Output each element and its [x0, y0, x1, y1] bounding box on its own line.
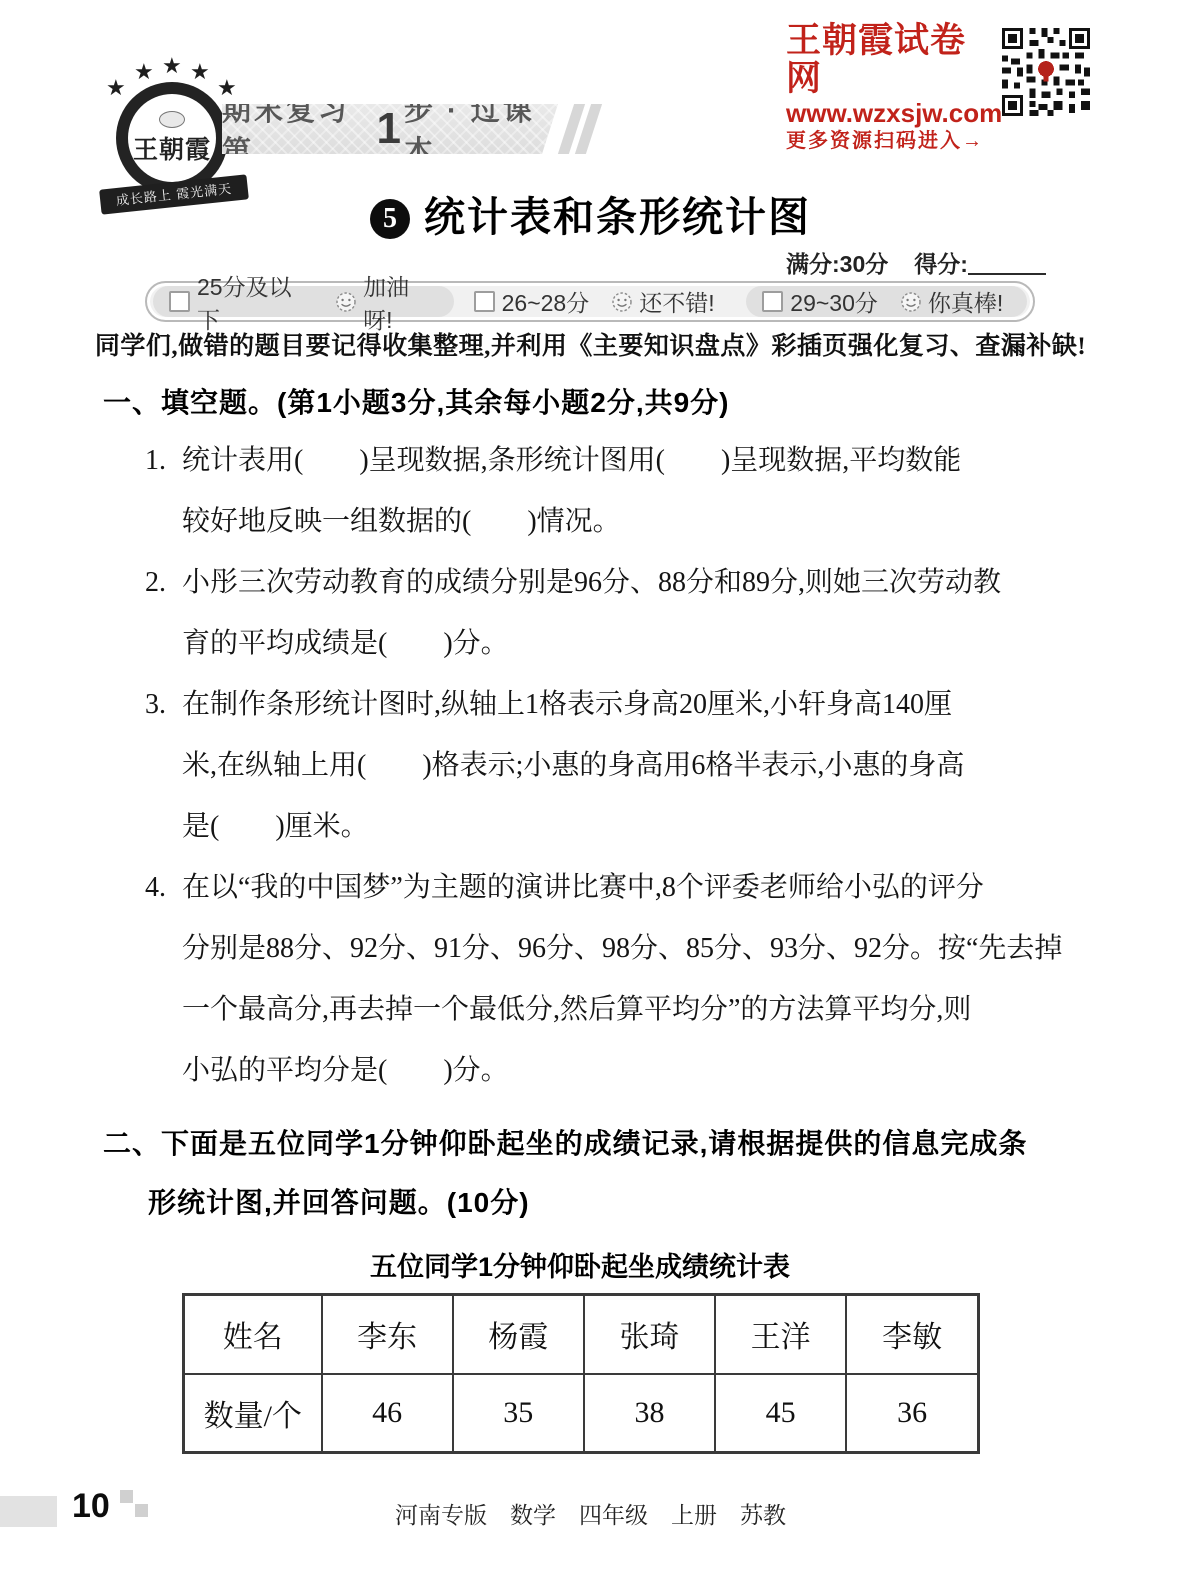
score-band-high: 29~30分 你真棒! — [746, 286, 1027, 317]
table-data-row: 数量/个 46 35 38 45 36 — [184, 1374, 979, 1453]
step-banner-text: 步 · 过课本 — [404, 88, 558, 170]
question-number: 4. — [145, 857, 166, 918]
site-name: 王朝霞试卷网 — [786, 22, 1001, 98]
checkbox[interactable] — [762, 291, 783, 312]
score-band-low: 25分及以下 加油呀! — [153, 286, 454, 317]
got-score-label: 得分: — [914, 251, 968, 277]
question-text: 小弘的平均分是( )分。 — [182, 1055, 509, 1086]
table-cell: 杨霞 — [453, 1295, 584, 1374]
table-header-row: 姓名 李东 杨霞 张琦 王洋 李敏 — [184, 1295, 979, 1374]
question-number: 3. — [145, 674, 166, 735]
table-cell: 数量/个 — [184, 1374, 322, 1453]
question-line: 一个最高分,再去掉一个最低分,然后算平均分”的方法算平均分,则 — [145, 979, 1090, 1040]
notice-text: 同学们,做错的题目要记得收集整理,并利用 — [95, 333, 568, 360]
question-number: 1. — [145, 430, 166, 491]
question-line: 3.在制作条形统计图时,纵轴上1格表示身高20厘米,小轩身高140厘 — [145, 674, 1090, 735]
question-text: 在以“我的中国梦”为主题的演讲比赛中,8个评委老师给小弘的评分 — [182, 872, 984, 903]
page-title: 5统计表和条形统计图 — [0, 184, 1181, 243]
question-line: 1.统计表用( )呈现数据,条形统计图用( )呈现数据,平均数能 — [145, 430, 1090, 491]
smiley-face-icon — [611, 291, 633, 313]
star-icon: ★ — [162, 54, 182, 79]
question-text: 分别是88分、92分、91分、96分、98分、85分、93分、92分。按“先去掉 — [182, 933, 1062, 964]
question-number: 2. — [145, 552, 166, 613]
score-line: 满分:30分得分: — [786, 246, 1046, 279]
question-text: 小彤三次劳动教育的成绩分别是96分、88分和89分,则她三次劳动教 — [182, 567, 1001, 598]
score-band-mid: 26~28分 还不错! — [458, 286, 745, 317]
band-praise: 还不错! — [639, 285, 714, 318]
table-cell: 38 — [584, 1374, 715, 1453]
step-banner: 期末复习第 1 步 · 过课本 — [222, 104, 558, 154]
question-text: 育的平均成绩是( )分。 — [182, 628, 509, 659]
table-cell: 王洋 — [715, 1295, 846, 1374]
table-cell: 36 — [846, 1374, 978, 1453]
lesson-number-icon: 5 — [370, 199, 410, 239]
star-icon: ★ — [134, 60, 154, 85]
site-block: 王朝霞试卷网 www.wzxsjw.com 更多资源扫码进入→ — [786, 22, 1001, 154]
section1-heading: 一、填空题。(第1小题3分,其余每小题2分,共9分) — [103, 381, 730, 421]
section2-heading-line2: 形统计图,并回答问题。(10分) — [103, 1181, 1103, 1221]
table-cell: 46 — [322, 1374, 453, 1453]
fill-in-questions: 1.统计表用( )呈现数据,条形统计图用( )呈现数据,平均数能 较好地反映一组… — [145, 430, 1090, 1101]
portrait-icon — [159, 111, 185, 128]
question-line: 小弘的平均分是( )分。 — [145, 1040, 1090, 1101]
question-text: 一个最高分,再去掉一个最低分,然后算平均分”的方法算平均分,则 — [182, 994, 971, 1025]
situp-stats-table: 姓名 李东 杨霞 张琦 王洋 李敏 数量/个 46 35 38 45 36 — [182, 1293, 980, 1454]
table-cell: 45 — [715, 1374, 846, 1453]
notice-emphasis: 《主要知识盘点》 — [567, 332, 771, 360]
section2-heading: 二、下面是五位同学1分钟仰卧起坐的成绩记录,请根据提供的信息完成条 形统计图,并… — [103, 1122, 1103, 1221]
question-line: 育的平均成绩是( )分。 — [145, 613, 1090, 674]
band-praise: 加油呀! — [363, 269, 437, 335]
band-praise: 你真棒! — [928, 285, 1003, 318]
checkbox[interactable] — [474, 291, 495, 312]
smiley-face-icon — [900, 291, 922, 313]
table-cell: 李东 — [322, 1295, 453, 1374]
question-line: 米,在纵轴上用( )格表示;小惠的身高用6格半表示,小惠的身高 — [145, 735, 1090, 796]
notice-text: 彩插页强化复习、查漏补缺! — [771, 333, 1086, 360]
question-line: 4.在以“我的中国梦”为主题的演讲比赛中,8个评委老师给小弘的评分 — [145, 857, 1090, 918]
band-range: 25分及以下 — [197, 269, 313, 335]
question-line: 分别是88分、92分、91分、96分、98分、85分、93分、92分。按“先去掉 — [145, 918, 1090, 979]
question-text: 是( )厘米。 — [182, 811, 369, 842]
table-cell: 李敏 — [846, 1295, 978, 1374]
edition-label: 河南专版 数学 四年级 上册 苏教 — [0, 1497, 1181, 1530]
question-text: 米,在纵轴上用( )格表示;小惠的身高用6格半表示,小惠的身高 — [182, 750, 964, 781]
question-text: 较好地反映一组数据的( )情况。 — [182, 506, 621, 537]
question-text: 统计表用( )呈现数据,条形统计图用( )呈现数据,平均数能 — [182, 445, 961, 476]
score-blank — [968, 255, 1046, 275]
qr-code — [1002, 28, 1090, 116]
band-range: 26~28分 — [502, 285, 590, 318]
score-band-bar: 25分及以下 加油呀! 26~28分 还不错! 29~30分 — [145, 281, 1035, 322]
star-icon: ★ — [106, 76, 126, 101]
step-number: 1 — [376, 104, 400, 154]
section2-heading-line1: 二、下面是五位同学1分钟仰卧起坐的成绩记录,请根据提供的信息完成条 — [103, 1122, 1103, 1162]
question-line: 2.小彤三次劳动教育的成绩分别是96分、88分和89分,则她三次劳动教 — [145, 552, 1090, 613]
table-title: 五位同学1分钟仰卧起坐成绩统计表 — [182, 1245, 978, 1284]
badge-title: 王朝霞 — [133, 130, 211, 166]
band-range: 29~30分 — [790, 285, 878, 318]
site-url: www.wzxsjw.com — [786, 98, 1001, 128]
table-cell: 35 — [453, 1374, 584, 1453]
notice-line: 同学们,做错的题目要记得收集整理,并利用《主要知识盘点》彩插页强化复习、查漏补缺… — [0, 326, 1181, 362]
table-cell: 张琦 — [584, 1295, 715, 1374]
star-icon: ★ — [190, 60, 210, 85]
worksheet-page: ★ ★ ★ ★ ★ 王朝霞 成长路上 霞光满天 期末复习第 1 步 · 过课本 … — [0, 0, 1181, 1582]
checkbox[interactable] — [169, 291, 190, 312]
smiley-face-icon — [335, 291, 357, 313]
question-line: 较好地反映一组数据的( )情况。 — [145, 491, 1090, 552]
question-line: 是( )厘米。 — [145, 796, 1090, 857]
table-cell: 姓名 — [184, 1295, 322, 1374]
step-banner-text: 期末复习第 — [222, 88, 373, 170]
lesson-title: 统计表和条形统计图 — [424, 194, 811, 240]
star-icon: ★ — [217, 76, 237, 101]
question-text: 在制作条形统计图时,纵轴上1格表示身高20厘米,小轩身高140厘 — [182, 689, 952, 720]
full-score-label: 满分:30分 — [786, 251, 888, 277]
site-tagline: 更多资源扫码进入→ — [786, 128, 1001, 154]
